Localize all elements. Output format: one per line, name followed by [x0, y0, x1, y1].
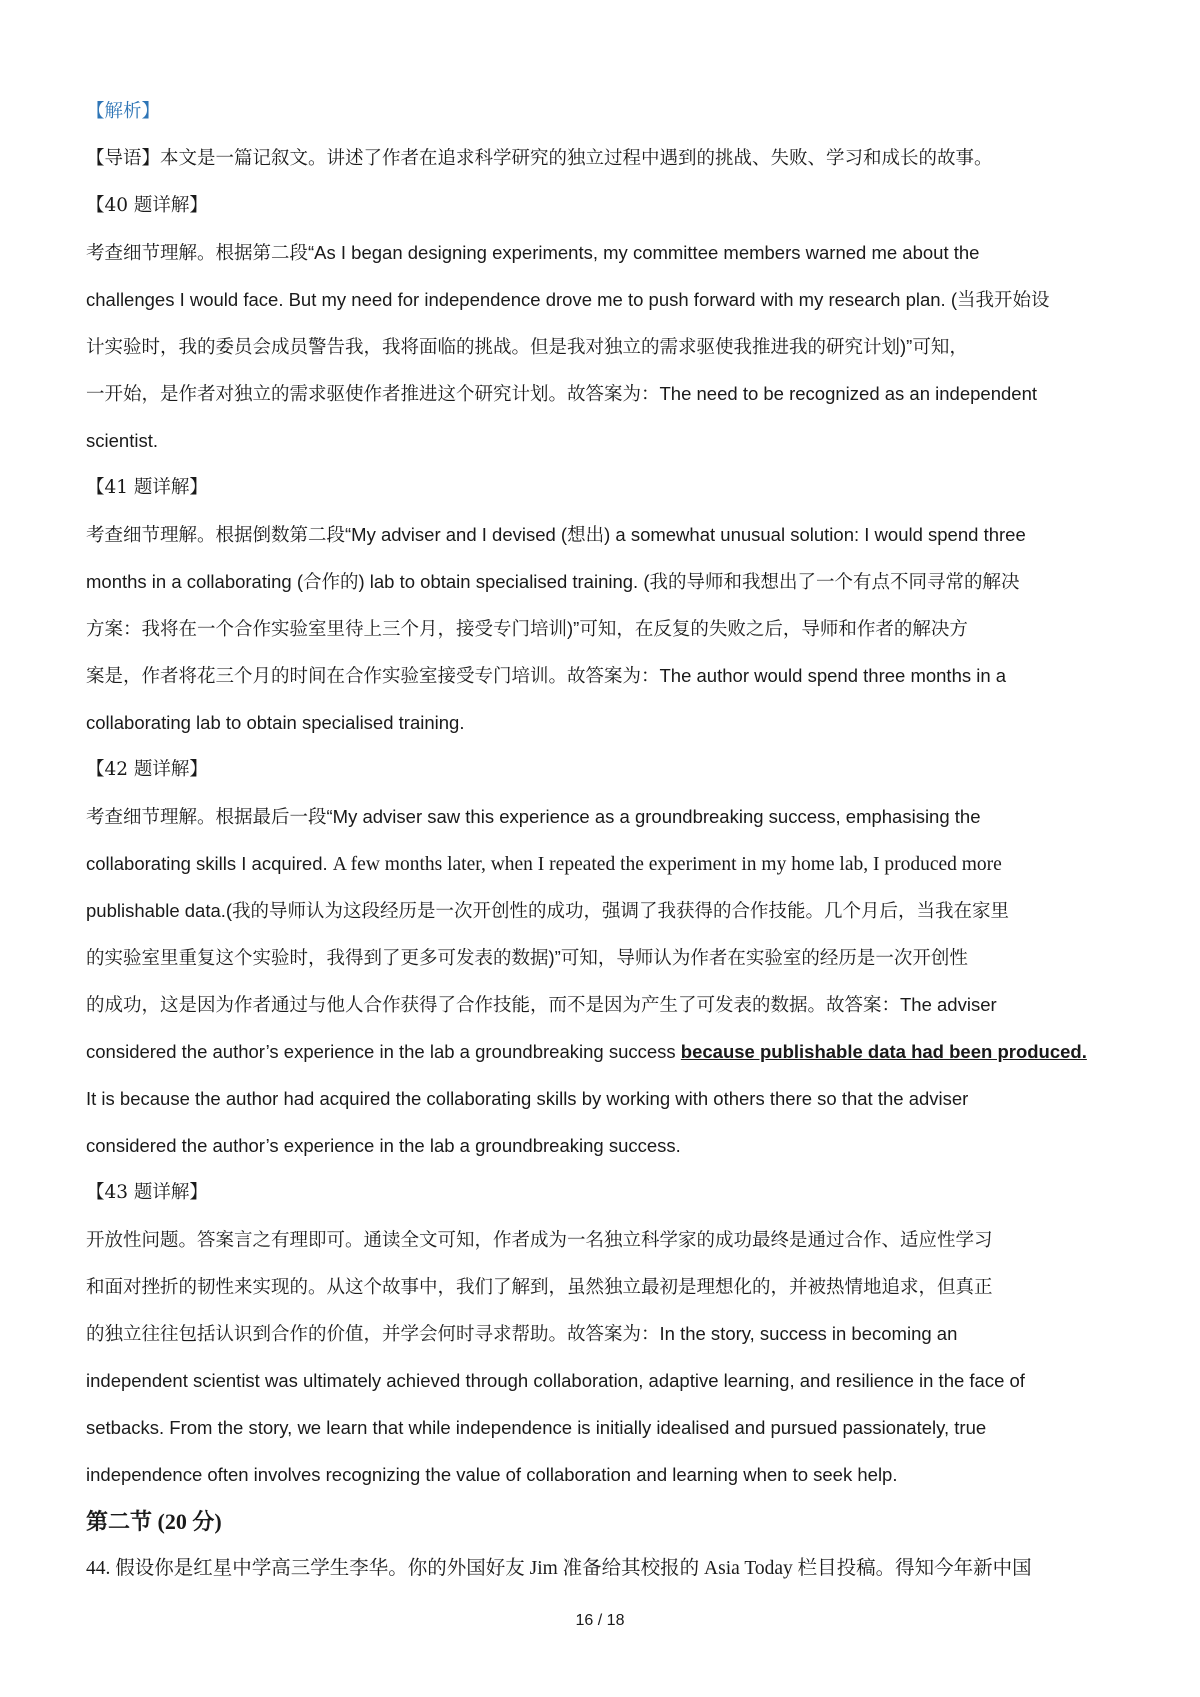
q40-line: 一开始，是作者对独立的需求驱使作者推进这个研究计划。故答案为：The need … — [86, 370, 1126, 417]
section-title: 第二节 (20 分) — [86, 1498, 1126, 1545]
document-page: 【解析】 【导语】本文是一篇记叙文。讲述了作者在追求科学研究的独立过程中遇到的挑… — [0, 0, 1200, 1697]
q42-line-sans-part: collaborating skills I acquired. — [86, 853, 333, 874]
q42-marked-error: because publishable data had been produc… — [681, 1041, 1087, 1062]
q42-line: collaborating skills I acquired. A few m… — [86, 840, 1126, 887]
analysis-label: 【解析】 — [86, 88, 1126, 135]
page-number: 16 / 18 — [0, 1612, 1200, 1630]
q43-line: 的独立往往包括认识到合作的价值，并学会何时寻求帮助。故答案为：In the st… — [86, 1310, 1126, 1357]
q42-line: considered the author’s experience in th… — [86, 1122, 1126, 1169]
intro-paragraph: 【导语】本文是一篇记叙文。讲述了作者在追求科学研究的独立过程中遇到的挑战、失败、… — [86, 135, 1126, 182]
q41-line: 考查细节理解。根据倒数第二段“My adviser and I devised … — [86, 511, 1126, 558]
q43-line: setbacks. From the story, we learn that … — [86, 1404, 1126, 1451]
q42-line: 考查细节理解。根据最后一段“My adviser saw this experi… — [86, 793, 1126, 840]
q42-line: 的实验室里重复这个实验时，我得到了更多可发表的数据)”可知，导师认为作者在实验室… — [86, 934, 1126, 981]
q42-line: It is because the author had acquired th… — [86, 1075, 1126, 1122]
q40-line: 计实验时，我的委员会成员警告我，我将面临的挑战。但是我对独立的需求驱使我推进我的… — [86, 323, 1126, 370]
q42-line: 的成功，这是因为作者通过与他人合作获得了合作技能，而不是因为产生了可发表的数据。… — [86, 981, 1126, 1028]
q41-line: collaborating lab to obtain specialised … — [86, 699, 1126, 746]
q43-line: independence often involves recognizing … — [86, 1451, 1126, 1498]
page-content: 【解析】 【导语】本文是一篇记叙文。讲述了作者在追求科学研究的独立过程中遇到的挑… — [86, 88, 1126, 1592]
q42-answer-text: considered the author’s experience in th… — [86, 1041, 681, 1062]
q40-heading: 【40 题详解】 — [86, 182, 1126, 229]
q41-line: 案是，作者将花三个月的时间在合作实验室接受专门培训。故答案为：The autho… — [86, 652, 1126, 699]
q41-heading: 【41 题详解】 — [86, 464, 1126, 511]
question-44-line: 44. 假设你是红星中学高三学生李华。你的外国好友 Jim 准备给其校报的 As… — [86, 1545, 1126, 1592]
q42-line: considered the author’s experience in th… — [86, 1028, 1126, 1075]
q42-line-serif-part: A few months later, when I repeated the … — [333, 854, 1002, 875]
q40-line: 考查细节理解。根据第二段“As I began designing experi… — [86, 229, 1126, 276]
q43-line: independent scientist was ultimately ach… — [86, 1357, 1126, 1404]
q43-heading: 【43 题详解】 — [86, 1169, 1126, 1216]
q41-line: months in a collaborating (合作的) lab to o… — [86, 558, 1126, 605]
q42-heading: 【42 题详解】 — [86, 746, 1126, 793]
q43-line: 和面对挫折的韧性来实现的。从这个故事中，我们了解到，虽然独立最初是理想化的，并被… — [86, 1263, 1126, 1310]
q40-line: scientist. — [86, 417, 1126, 464]
q43-line: 开放性问题。答案言之有理即可。通读全文可知，作者成为一名独立科学家的成功最终是通… — [86, 1216, 1126, 1263]
q40-line: challenges I would face. But my need for… — [86, 276, 1126, 323]
q42-line: publishable data.(我的导师认为这段经历是一次开创性的成功，强调… — [86, 887, 1126, 934]
q41-line: 方案：我将在一个合作实验室里待上三个月，接受专门培训)”可知，在反复的失败之后，… — [86, 605, 1126, 652]
